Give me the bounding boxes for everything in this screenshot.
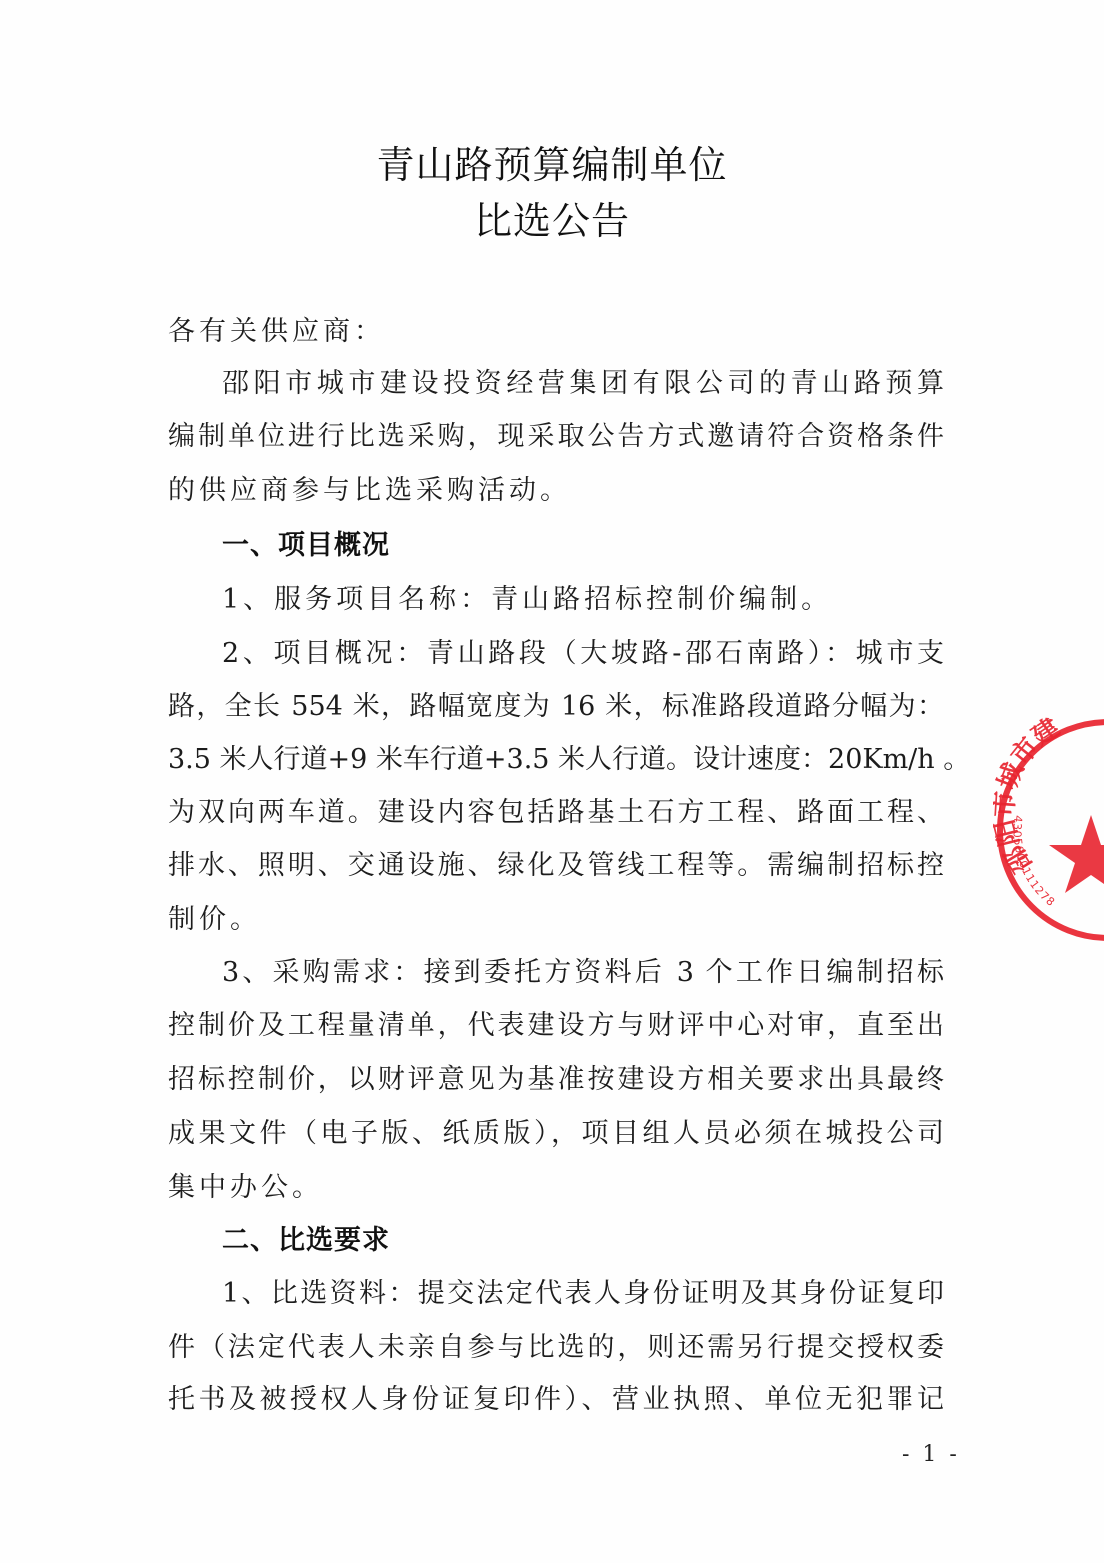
intro-line: 编制单位进行比选采购，现采取公告方式邀请符合资格条件	[168, 423, 944, 450]
section1-item3-line: 控制价及工程量清单，代表建设方与财评中心对审，直至出	[168, 1012, 944, 1039]
section1-item2-line: 2、项目概况：青山路段（大坡路-邵石南路）：城市支	[222, 640, 944, 667]
section2-item1-line: 1、比选资料：提交法定代表人身份证明及其身份证复印	[222, 1280, 944, 1307]
section1-item2-line: 制价。	[168, 906, 944, 933]
document-title-line1: 青山路预算编制单位	[0, 146, 1104, 184]
section2-item1-line: 托书及被授权人身份证复印件）、营业执照、单位无犯罪记	[168, 1386, 944, 1413]
section2-item1-line: 件（法定代表人未亲自参与比选的，则还需另行提交授权委	[168, 1334, 944, 1361]
section1-item2-line: 路，全长 554 米，路幅宽度为 16 米，标准路段道路分幅为：	[168, 693, 944, 720]
official-seal-icon: 邵阳市城市建 4305000111278	[993, 715, 1104, 945]
section1-item3-line: 3、采购需求：接到委托方资料后 3 个工作日编制招标	[222, 959, 944, 986]
document-page: 青山路预算编制单位 比选公告 各有关供应商： 邵阳市城市建设投资经营集团有限公司…	[0, 0, 1104, 1563]
intro-line: 邵阳市城市建设投资经营集团有限公司的青山路预算	[222, 370, 944, 397]
page-number: - 1 -	[902, 1442, 960, 1467]
section1-item2-line: 排水、照明、交通设施、绿化及管线工程等。需编制招标控	[168, 852, 944, 879]
svg-text:邵阳市城市建: 邵阳市城市建	[993, 715, 1065, 878]
section1-item2-line: 为双向两车道。建设内容包括路基土石方工程、路面工程、	[168, 799, 944, 826]
section1-item3-line: 成果文件（电子版、纸质版），项目组人员必须在城投公司	[168, 1120, 944, 1147]
intro-line: 的供应商参与比选采购活动。	[168, 477, 944, 504]
section1-item2-line: 3.5 米人行道+9 米车行道+3.5 米人行道。设计速度：20Km/h 。	[168, 746, 944, 773]
section1-item1: 1、服务项目名称：青山路招标控制价编制。	[222, 586, 944, 613]
salutation: 各有关供应商：	[168, 318, 944, 345]
section1-item3-line: 招标控制价，以财评意见为基准按建设方相关要求出具最终	[168, 1066, 944, 1093]
section1-item3-line: 集中办公。	[168, 1174, 944, 1201]
section-heading-1: 一、项目概况	[222, 532, 390, 559]
document-title-line2: 比选公告	[0, 202, 1104, 240]
section-heading-2: 二、比选要求	[222, 1227, 390, 1254]
